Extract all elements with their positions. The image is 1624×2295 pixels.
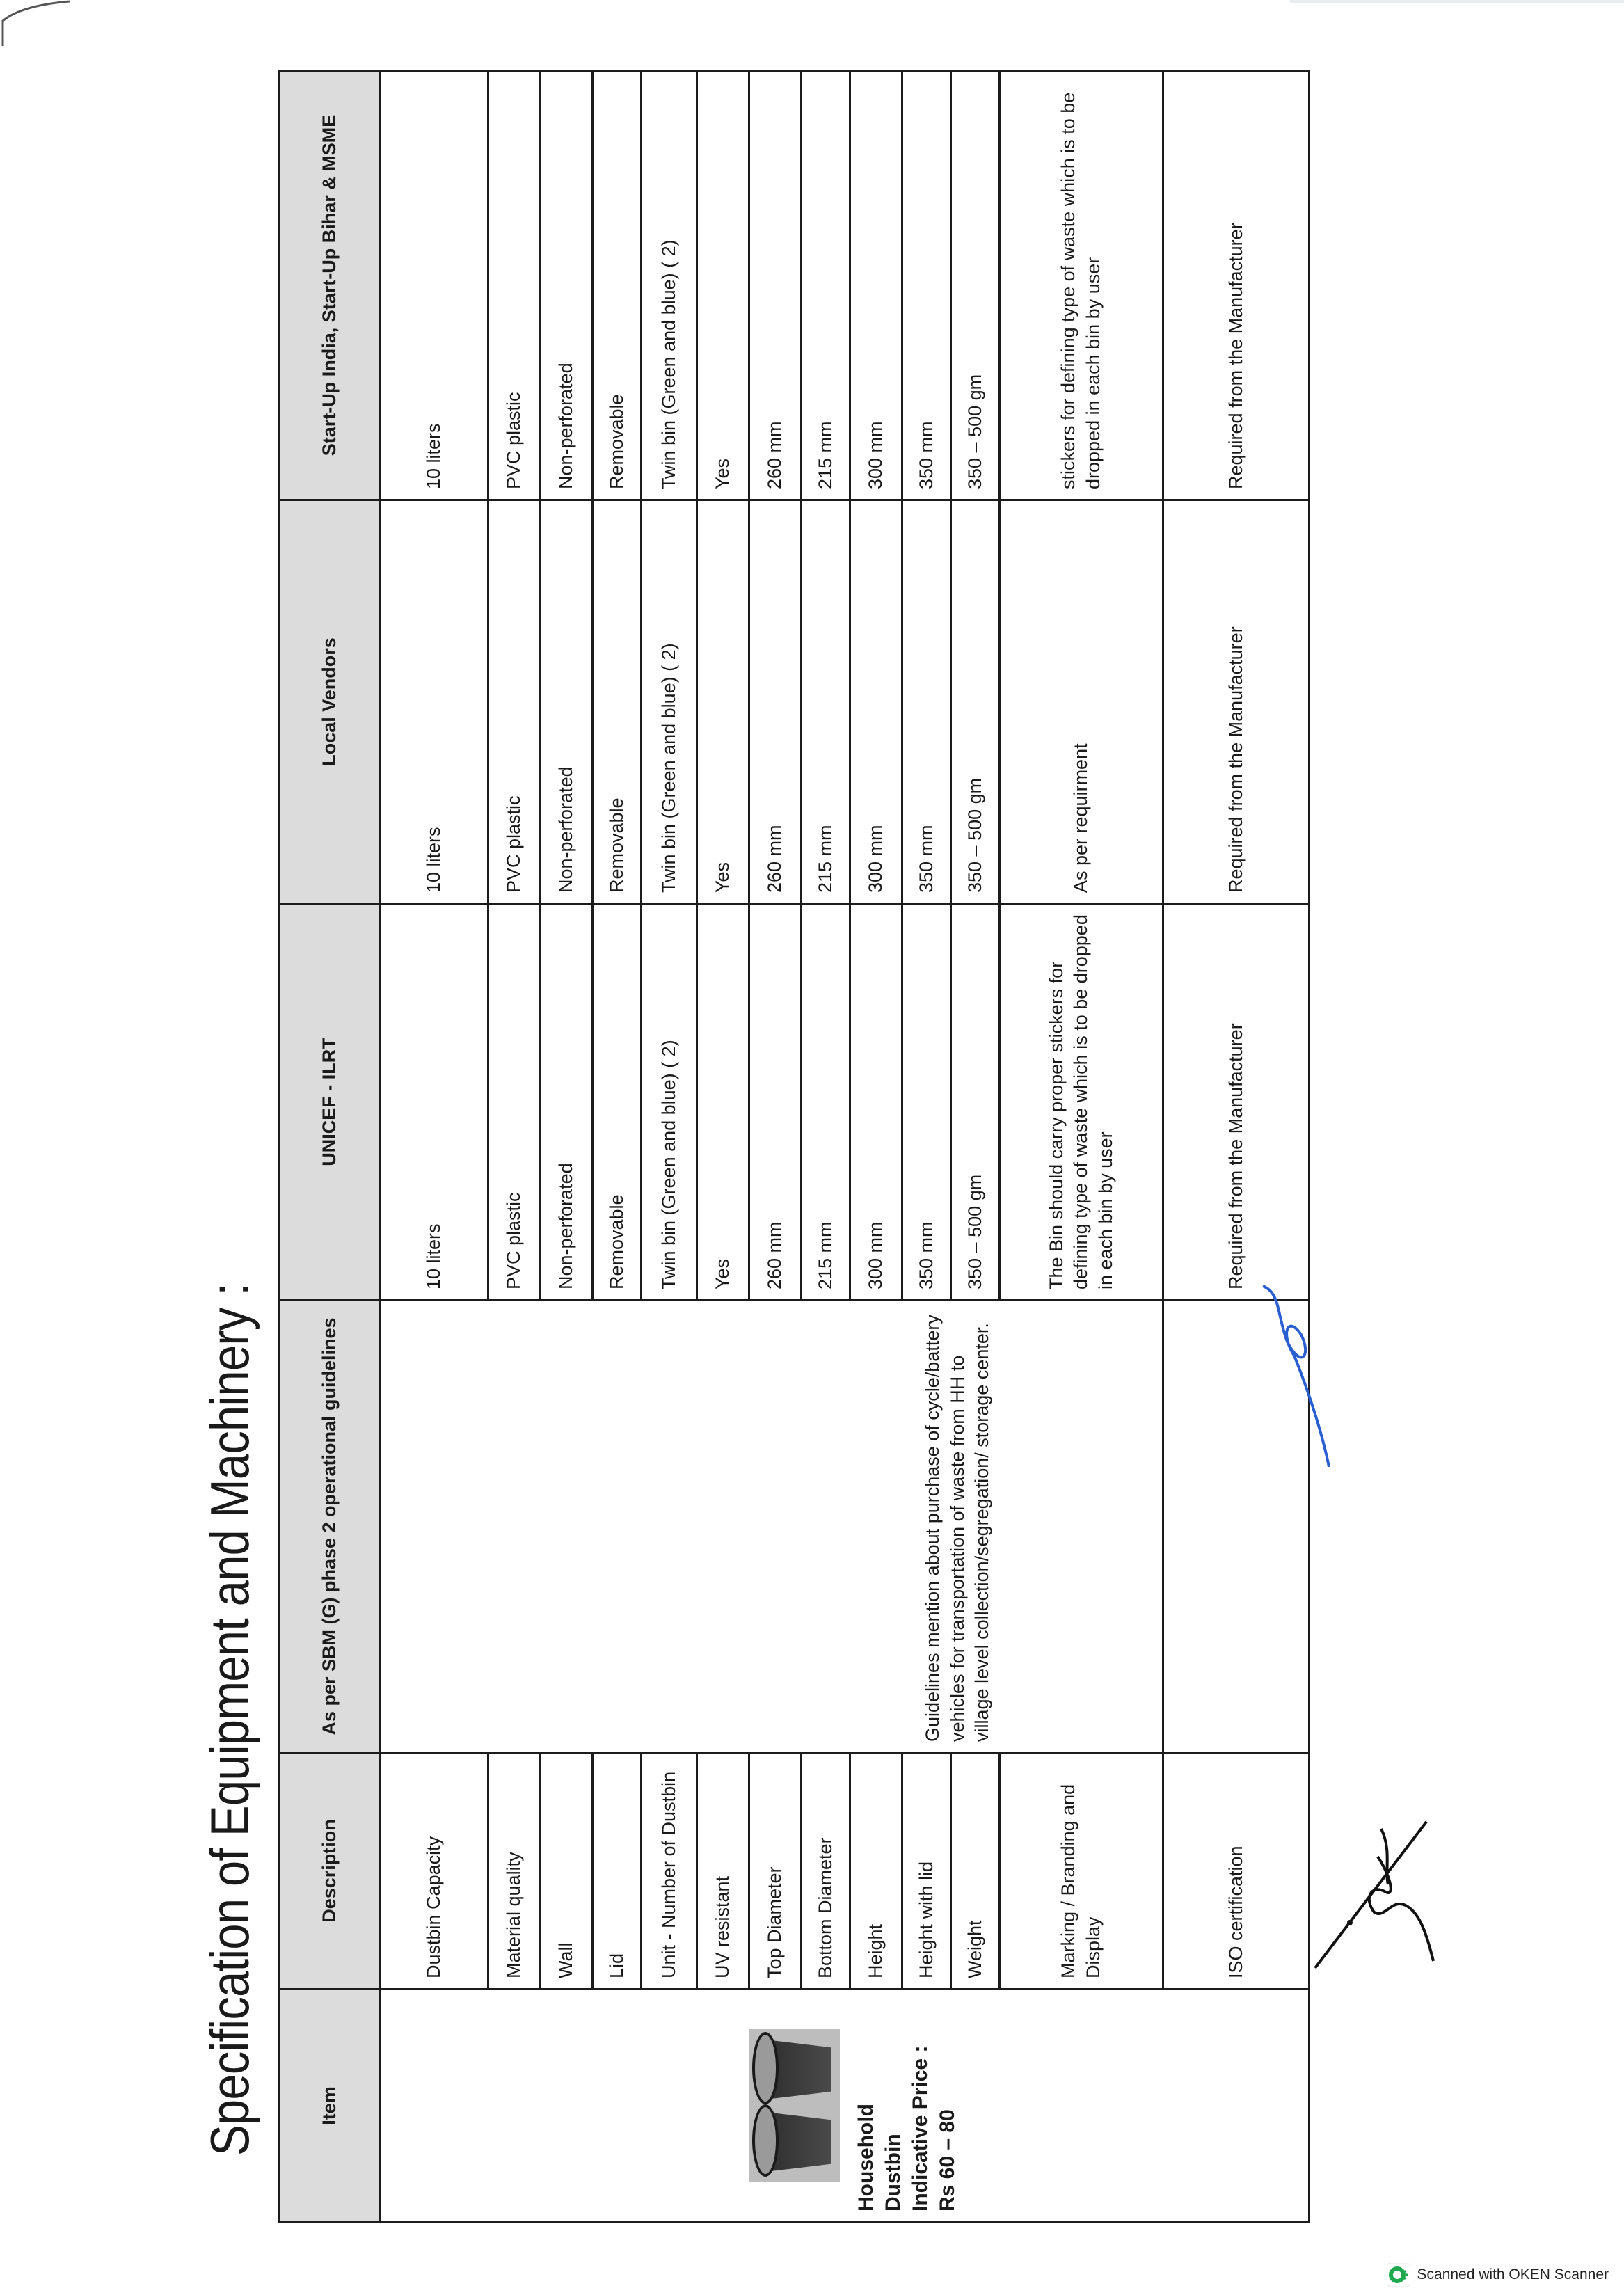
unicef-cell: Removable [593,904,642,1301]
startup-cell: stickers for defining type of waste whic… [1000,71,1163,500]
header-unicef: UNICEF - ILRT [280,904,381,1301]
item-price-value: Rs 60 – 80 [934,2000,961,2211]
startup-cell: 350 mm [902,71,951,500]
description-cell: Material quality [488,1753,541,1990]
unicef-cell: Required from the Manufacturer [1163,904,1309,1301]
item-name-line1: Household [852,2000,879,2211]
startup-cell: Non-perforated [541,71,593,500]
description-cell: UV resistant [697,1753,749,1990]
table-row: LidRemovableRemovableRemovable [593,71,642,2223]
description-cell: Top Diameter [749,1753,802,1990]
description-cell: ISO certification [1163,1753,1309,1990]
description-cell: Dustbin Capacity [381,1753,488,1990]
startup-cell: 10 liters [381,71,488,500]
startup-cell: Yes [697,71,749,500]
black-signature-icon [1308,1794,1447,1989]
local-cell: 10 liters [381,500,488,904]
startup-cell: 260 mm [749,71,802,500]
startup-cell: 300 mm [850,71,902,500]
unicef-cell: The Bin should carry proper stickers for… [1000,904,1163,1301]
table-row: Height300 mm300 mm300 mm [850,71,902,2223]
unicef-cell: 350 mm [902,904,951,1301]
unicef-cell: PVC plastic [488,904,541,1301]
rotated-page: Specification of Equipment and Machinery… [0,68,1322,2295]
item-price-label: Indicative Price : [907,2000,934,2211]
unicef-cell: Twin bin (Green and blue) ( 2) [642,904,697,1301]
dustbin-photo [749,2029,840,2182]
description-cell: Lid [593,1753,642,1990]
unicef-cell: 10 liters [381,904,488,1301]
sbm-guideline-cell: Guidelines mention about purchase of cyc… [381,1301,1163,1753]
item-cell: HouseholdDustbinIndicative Price :Rs 60 … [381,1990,1309,2223]
table-row: Top Diameter260 mm260 mm260 mm [749,71,802,2223]
scanner-text: Scanned with OKEN Scanner [1417,2266,1609,2283]
item-label: HouseholdDustbinIndicative Price :Rs 60 … [852,2000,961,2211]
unicef-cell: 260 mm [749,904,802,1301]
startup-cell: PVC plastic [488,71,541,500]
description-cell: Marking / Branding and Display [1000,1753,1163,1990]
local-cell: 300 mm [850,500,902,904]
header-sbm: As per SBM (G) phase 2 operational guide… [280,1301,381,1753]
unicef-cell: Non-perforated [541,904,593,1301]
description-cell: Height [850,1753,902,1990]
unicef-cell: Yes [697,904,749,1301]
table-row: UV resistantYesYesYes [697,71,749,2223]
page-title: Specification of Equipment and Machinery… [198,1283,262,2156]
table-row: Unit - Number of DustbinTwin bin (Green … [642,71,697,2223]
table-header-row: Item Description As per SBM (G) phase 2 … [280,71,381,2223]
specification-table: Item Description As per SBM (G) phase 2 … [278,70,1310,2223]
local-cell: 350 mm [902,500,951,904]
local-cell: PVC plastic [488,500,541,904]
header-description: Description [280,1753,381,1990]
startup-cell: 350 – 500 gm [951,71,1000,500]
local-cell: Non-perforated [541,500,593,904]
header-startup: Start-Up India, Start-Up Bihar & MSME [280,71,381,500]
table-row: Marking / Branding and DisplayThe Bin sh… [1000,71,1163,2223]
table-row: HouseholdDustbinIndicative Price :Rs 60 … [381,71,488,2223]
local-cell: As per requirment [1000,500,1163,904]
startup-cell: Twin bin (Green and blue) ( 2) [642,71,697,500]
page-corner-fold-icon [0,0,77,49]
table-row: Weight350 – 500 gm350 – 500 gm350 – 500 … [951,71,1000,2223]
description-cell: Unit - Number of Dustbin [642,1753,697,1990]
local-cell: 260 mm [749,500,802,904]
scanner-watermark: Scanned with OKEN Scanner [1387,2263,1609,2287]
description-cell: Weight [951,1753,1000,1990]
unicef-cell: 300 mm [850,904,902,1301]
local-cell: Required from the Manufacturer [1163,500,1309,904]
table-row: WallNon-perforatedNon-perforatedNon-perf… [541,71,593,2223]
description-cell: Height with lid [902,1753,951,1990]
startup-cell: Removable [593,71,642,500]
header-item: Item [280,1990,381,2223]
table-row: Material qualityPVC plasticPVC plasticPV… [488,71,541,2223]
description-cell: Wall [541,1753,593,1990]
header-local-vendors: Local Vendors [280,500,381,904]
item-name-line2: Dustbin [879,2000,907,2211]
description-cell: Bottom Diameter [802,1753,850,1990]
table-row: ISO certificationRequired from the Manuf… [1163,71,1309,2223]
unicef-cell: 350 – 500 gm [951,904,1000,1301]
local-cell: Twin bin (Green and blue) ( 2) [642,500,697,904]
table-row: Height with lid350 mm350 mm350 mm [902,71,951,2223]
blue-signature-icon [1252,1279,1336,1474]
startup-cell: Required from the Manufacturer [1163,71,1309,500]
oken-scanner-logo-icon [1387,2263,1410,2287]
table-row: Bottom Diameter215 mm215 mm215 mm [802,71,850,2223]
local-cell: Removable [593,500,642,904]
startup-cell: 215 mm [802,71,850,500]
local-cell: 350 – 500 gm [951,500,1000,904]
scan-edge-line [1290,0,1624,3]
local-cell: Yes [697,500,749,904]
local-cell: 215 mm [802,500,850,904]
unicef-cell: 215 mm [802,904,850,1301]
